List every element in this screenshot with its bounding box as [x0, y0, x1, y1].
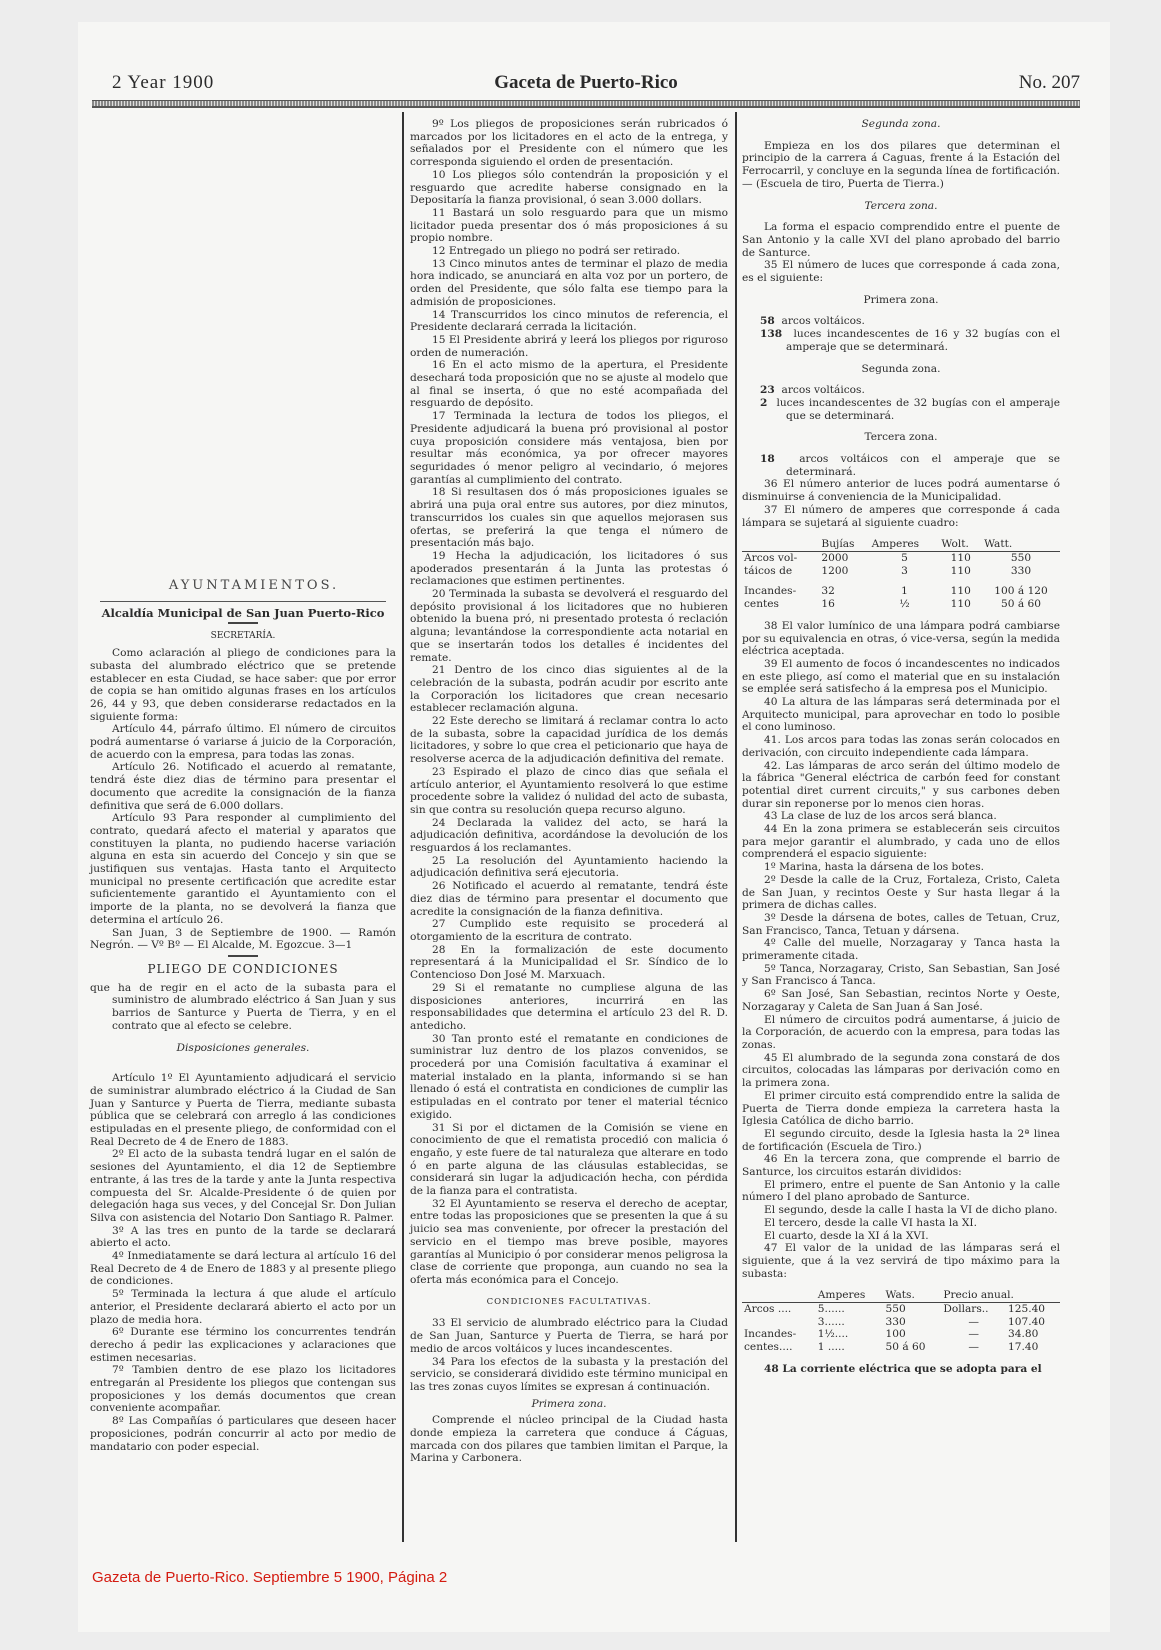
article: 48 La corriente eléctrica que se adopta …: [742, 1363, 1060, 1376]
article: 2º El acto de la subasta tendrá lugar en…: [90, 1148, 396, 1224]
article: 25 La resolución del Ayuntamiento hacien…: [410, 855, 728, 880]
article: 5º Tanca, Norzagaray, Cristo, San Sebast…: [742, 963, 1060, 988]
article: El primer circuito está comprendido entr…: [742, 1090, 1060, 1128]
article: 7º Tambien dentro de ese plazo los licit…: [90, 1364, 396, 1415]
article: 22 Este derecho se limitará á reclamar c…: [410, 715, 728, 766]
pliego-subtitle: que ha de regir en el acto de la subasta…: [90, 982, 396, 1033]
article: 45 El alumbrado de la segunda zona const…: [742, 1052, 1060, 1090]
article: 16 En el acto mismo de la apertura, el P…: [410, 359, 728, 410]
article: 18 Si resultasen dos ó más proposiciones…: [410, 486, 728, 550]
article: El cuarto, desde la XI á la XVI.: [742, 1230, 1060, 1243]
article: 8º Las Compañías ó particulares que dese…: [90, 1415, 396, 1453]
article: 37 El número de amperes que corresponde …: [742, 504, 1060, 529]
zone-description: La forma el espacio comprendido entre el…: [742, 221, 1060, 259]
article: 43 La clase de luz de los arcos será bla…: [742, 810, 1060, 823]
column-divider: [735, 112, 737, 1542]
article: 12 Entregado un pliego no podrá ser reti…: [410, 245, 728, 258]
article: 3º Desde la dársena de botes, calles de …: [742, 912, 1060, 937]
article: 9º Los pliegos de proposiciones serán ru…: [410, 118, 728, 169]
article: El número de circuitos podrá aumentarse,…: [742, 1014, 1060, 1052]
subsection-title: CONDICIONES FACULTATIVAS.: [410, 1296, 728, 1309]
section-title: AYUNTAMIENTOS.: [90, 580, 396, 593]
article: 19 Hecha la adjudicación, los licitadore…: [410, 550, 728, 588]
zone-description: Comprende el núcleo principal de la Ciud…: [410, 1414, 728, 1465]
article: 4º Calle del muelle, Norzagaray y Tanca …: [742, 937, 1060, 962]
article: 6º San José, San Sebastian, recintos Nor…: [742, 988, 1060, 1013]
article: 41. Los arcos para todas las zonas serán…: [742, 734, 1060, 759]
article: 30 Tan pronto esté el rematante en condi…: [410, 1033, 728, 1122]
paragraph: Artículo 26. Notificado el acuerdo al re…: [90, 761, 396, 812]
list-item: 18 arcos voltáicos con el amperaje que s…: [742, 453, 1060, 478]
zone-title: Primera zona.: [410, 1398, 728, 1411]
article: 29 Si el rematante no cumpliese alguna d…: [410, 982, 728, 1033]
article: 1º Marina, hasta la dársena de los botes…: [742, 861, 1060, 874]
article: 39 El aumento de focos ó incandescentes …: [742, 658, 1060, 696]
article: 6º Durante ese término los concurrentes …: [90, 1326, 396, 1364]
paragraph: Artículo 93 Para responder al cumplimien…: [90, 812, 396, 926]
article: 35 El número de luces que corresponde á …: [742, 259, 1060, 284]
article: 15 El Presidente abrirá y leerá los plie…: [410, 334, 728, 359]
article: 4º Inmediatamente se dará lectura al art…: [90, 1250, 396, 1288]
article: 47 El valor de la unidad de las lámparas…: [742, 1242, 1060, 1280]
article: 14 Transcurridos los cinco minutos de re…: [410, 309, 728, 334]
image-caption: Gazeta de Puerto-Rico. Septiembre 5 1900…: [92, 1569, 447, 1586]
price-table: AmperesWats.Precio anual. Arcos ....5...…: [742, 1289, 1060, 1354]
amperes-table: BujíasAmperesWolt.Watt. Arcos vol-200051…: [742, 538, 1060, 611]
article: 42. Las lámparas de arco serán del últim…: [742, 760, 1060, 811]
article: 31 Si por el dictamen de la Comisión se …: [410, 1122, 728, 1198]
list-item: 23 arcos voltáicos.: [742, 384, 1060, 397]
article: 3º A las tres en punto de la tarde se de…: [90, 1225, 396, 1250]
paragraph: Como aclaración al pliego de condiciones…: [90, 647, 396, 723]
zone-title: Segunda zona.: [742, 118, 1060, 131]
signature: San Juan, 3 de Septiembre de 1900. — Ram…: [90, 927, 396, 952]
zone-title: Tercera zona.: [742, 200, 1060, 213]
zone-title: Tercera zona.: [742, 431, 1060, 444]
article: 26 Notificado el acuerdo al rematante, t…: [410, 880, 728, 918]
article: 34 Para los efectos de la subasta y la p…: [410, 1356, 728, 1394]
article: 46 En la tercera zona, que comprende el …: [742, 1153, 1060, 1178]
left-column: AYUNTAMIENTOS. Alcaldía Municipal de San…: [90, 580, 396, 1453]
article: 13 Cinco minutos antes de terminar el pl…: [410, 258, 728, 309]
article: 38 El valor lumínico de una lámpara podr…: [742, 620, 1060, 658]
article: El tercero, desde la calle VI hasta la X…: [742, 1217, 1060, 1230]
article: 5º Terminada la lectura á que alude el a…: [90, 1288, 396, 1326]
pliego-title: PLIEGO DE CONDICIONES: [90, 963, 396, 976]
article: 28 En la formalización de este documento…: [410, 944, 728, 982]
article: 32 El Ayuntamiento se reserva el derecho…: [410, 1198, 728, 1287]
article: 36 El número anterior de luces podrá aum…: [742, 478, 1060, 503]
article: 2º Desde la calle de la Cruz, Fortaleza,…: [742, 874, 1060, 912]
article: El primero, entre el puente de San Anton…: [742, 1179, 1060, 1204]
right-column: Segunda zona. Empieza en los dos pilares…: [742, 118, 1060, 1376]
department: SECRETARÍA.: [90, 630, 396, 643]
subsection-title: Disposiciones generales.: [90, 1042, 396, 1055]
article: 27 Cumplido este requisito se procederá …: [410, 918, 728, 943]
header-rule: [92, 100, 1080, 108]
zone-title: Segunda zona.: [742, 363, 1060, 376]
article: 10 Los pliegos sólo contendrán la propos…: [410, 169, 728, 207]
list-item: 138 luces incandescentes de 16 y 32 bugí…: [742, 328, 1060, 353]
zone-description: Empieza en los dos pilares que determina…: [742, 140, 1060, 191]
middle-column: 9º Los pliegos de proposiciones serán ru…: [410, 118, 728, 1465]
zone-title: Primera zona.: [742, 294, 1060, 307]
column-divider: [402, 112, 404, 1542]
article: 44 En la zona primera se establecerán se…: [742, 823, 1060, 861]
list-item: 2 luces incandescentes de 32 bugías con …: [742, 397, 1060, 422]
article: El segundo circuito, desde la Iglesia ha…: [742, 1128, 1060, 1153]
article: 23 Espirado el plazo de cinco dias que s…: [410, 766, 728, 817]
article: Artículo 1º El Ayuntamiento adjudicará e…: [90, 1072, 396, 1148]
office-heading: Alcaldía Municipal de San Juan Puerto-Ri…: [90, 607, 396, 620]
list-item: 58 arcos voltáicos.: [742, 315, 1060, 328]
issue-number: No. 207: [1019, 72, 1080, 94]
article: 33 El servicio de alumbrado eléctrico pa…: [410, 1317, 728, 1355]
article: 20 Terminada la subasta se devolverá el …: [410, 588, 728, 664]
article: 24 Declarada la validez del acto, se har…: [410, 817, 728, 855]
article: 21 Dentro de los cinco dias siguientes a…: [410, 664, 728, 715]
page-header: 2 Year 1900 Gaceta de Puerto-Rico No. 20…: [92, 72, 1080, 98]
article: 40 La altura de las lámparas será determ…: [742, 696, 1060, 734]
article: 17 Terminada la lectura de todos los pli…: [410, 410, 728, 486]
paragraph: Artículo 44, párrafo último. El número d…: [90, 723, 396, 761]
article: 11 Bastará un solo resguardo para que un…: [410, 207, 728, 245]
article: El segundo, desde la calle I hasta la VI…: [742, 1204, 1060, 1217]
newspaper-title: Gaceta de Puerto-Rico: [92, 72, 1080, 94]
